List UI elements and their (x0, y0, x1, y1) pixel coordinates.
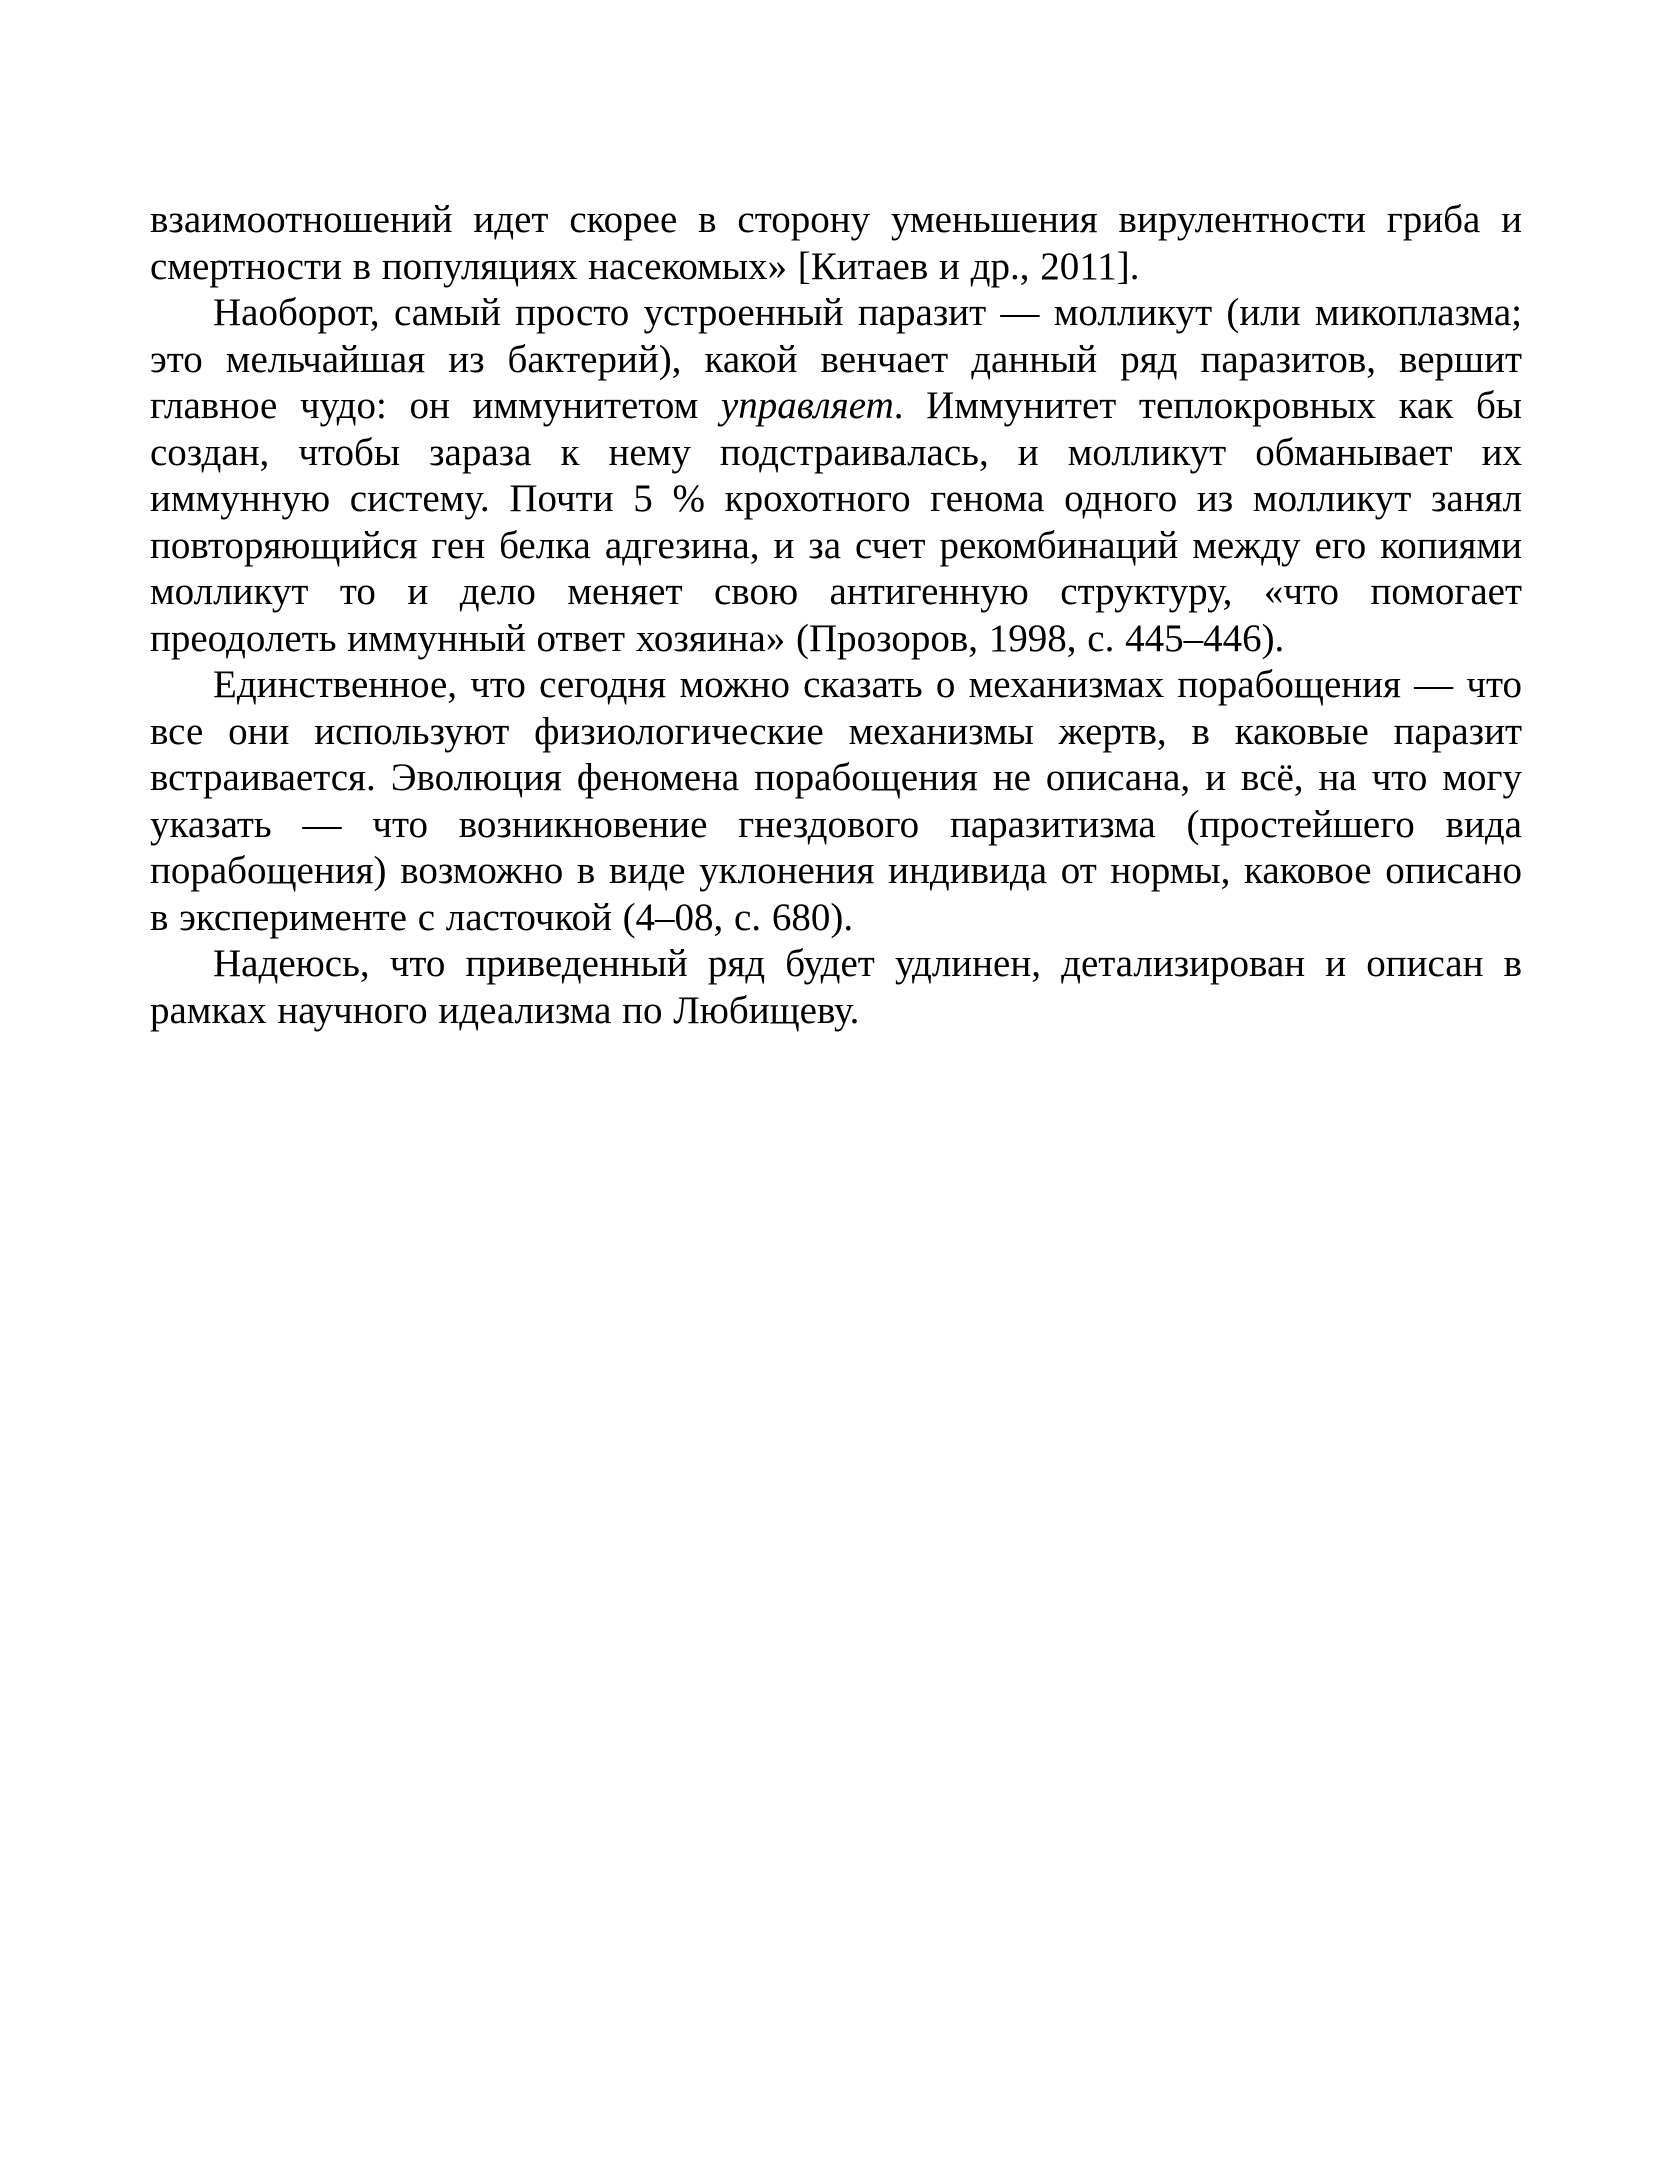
paragraph-continuation: взаимоотношений идет скорее в сторону ум… (150, 197, 1522, 290)
paragraph-enslavement: Единственное, что сегодня можно сказать … (150, 662, 1522, 941)
paragraph-hope: Надеюсь, что приведенный ряд будет удлин… (150, 941, 1522, 1034)
paragraph-text: Единственное, что сегодня можно сказать … (150, 663, 1522, 939)
paragraph-text-italic: управляет (721, 384, 894, 427)
paragraph-text: Надеюсь, что приведенный ряд будет удлин… (150, 942, 1522, 1032)
document-page: взаимоотношений идет скорее в сторону ум… (150, 197, 1522, 1034)
paragraph-text: взаимоотношений идет скорее в сторону ум… (150, 198, 1522, 288)
paragraph-mollicute: Наоборот, самый просто устроенный парази… (150, 290, 1522, 662)
